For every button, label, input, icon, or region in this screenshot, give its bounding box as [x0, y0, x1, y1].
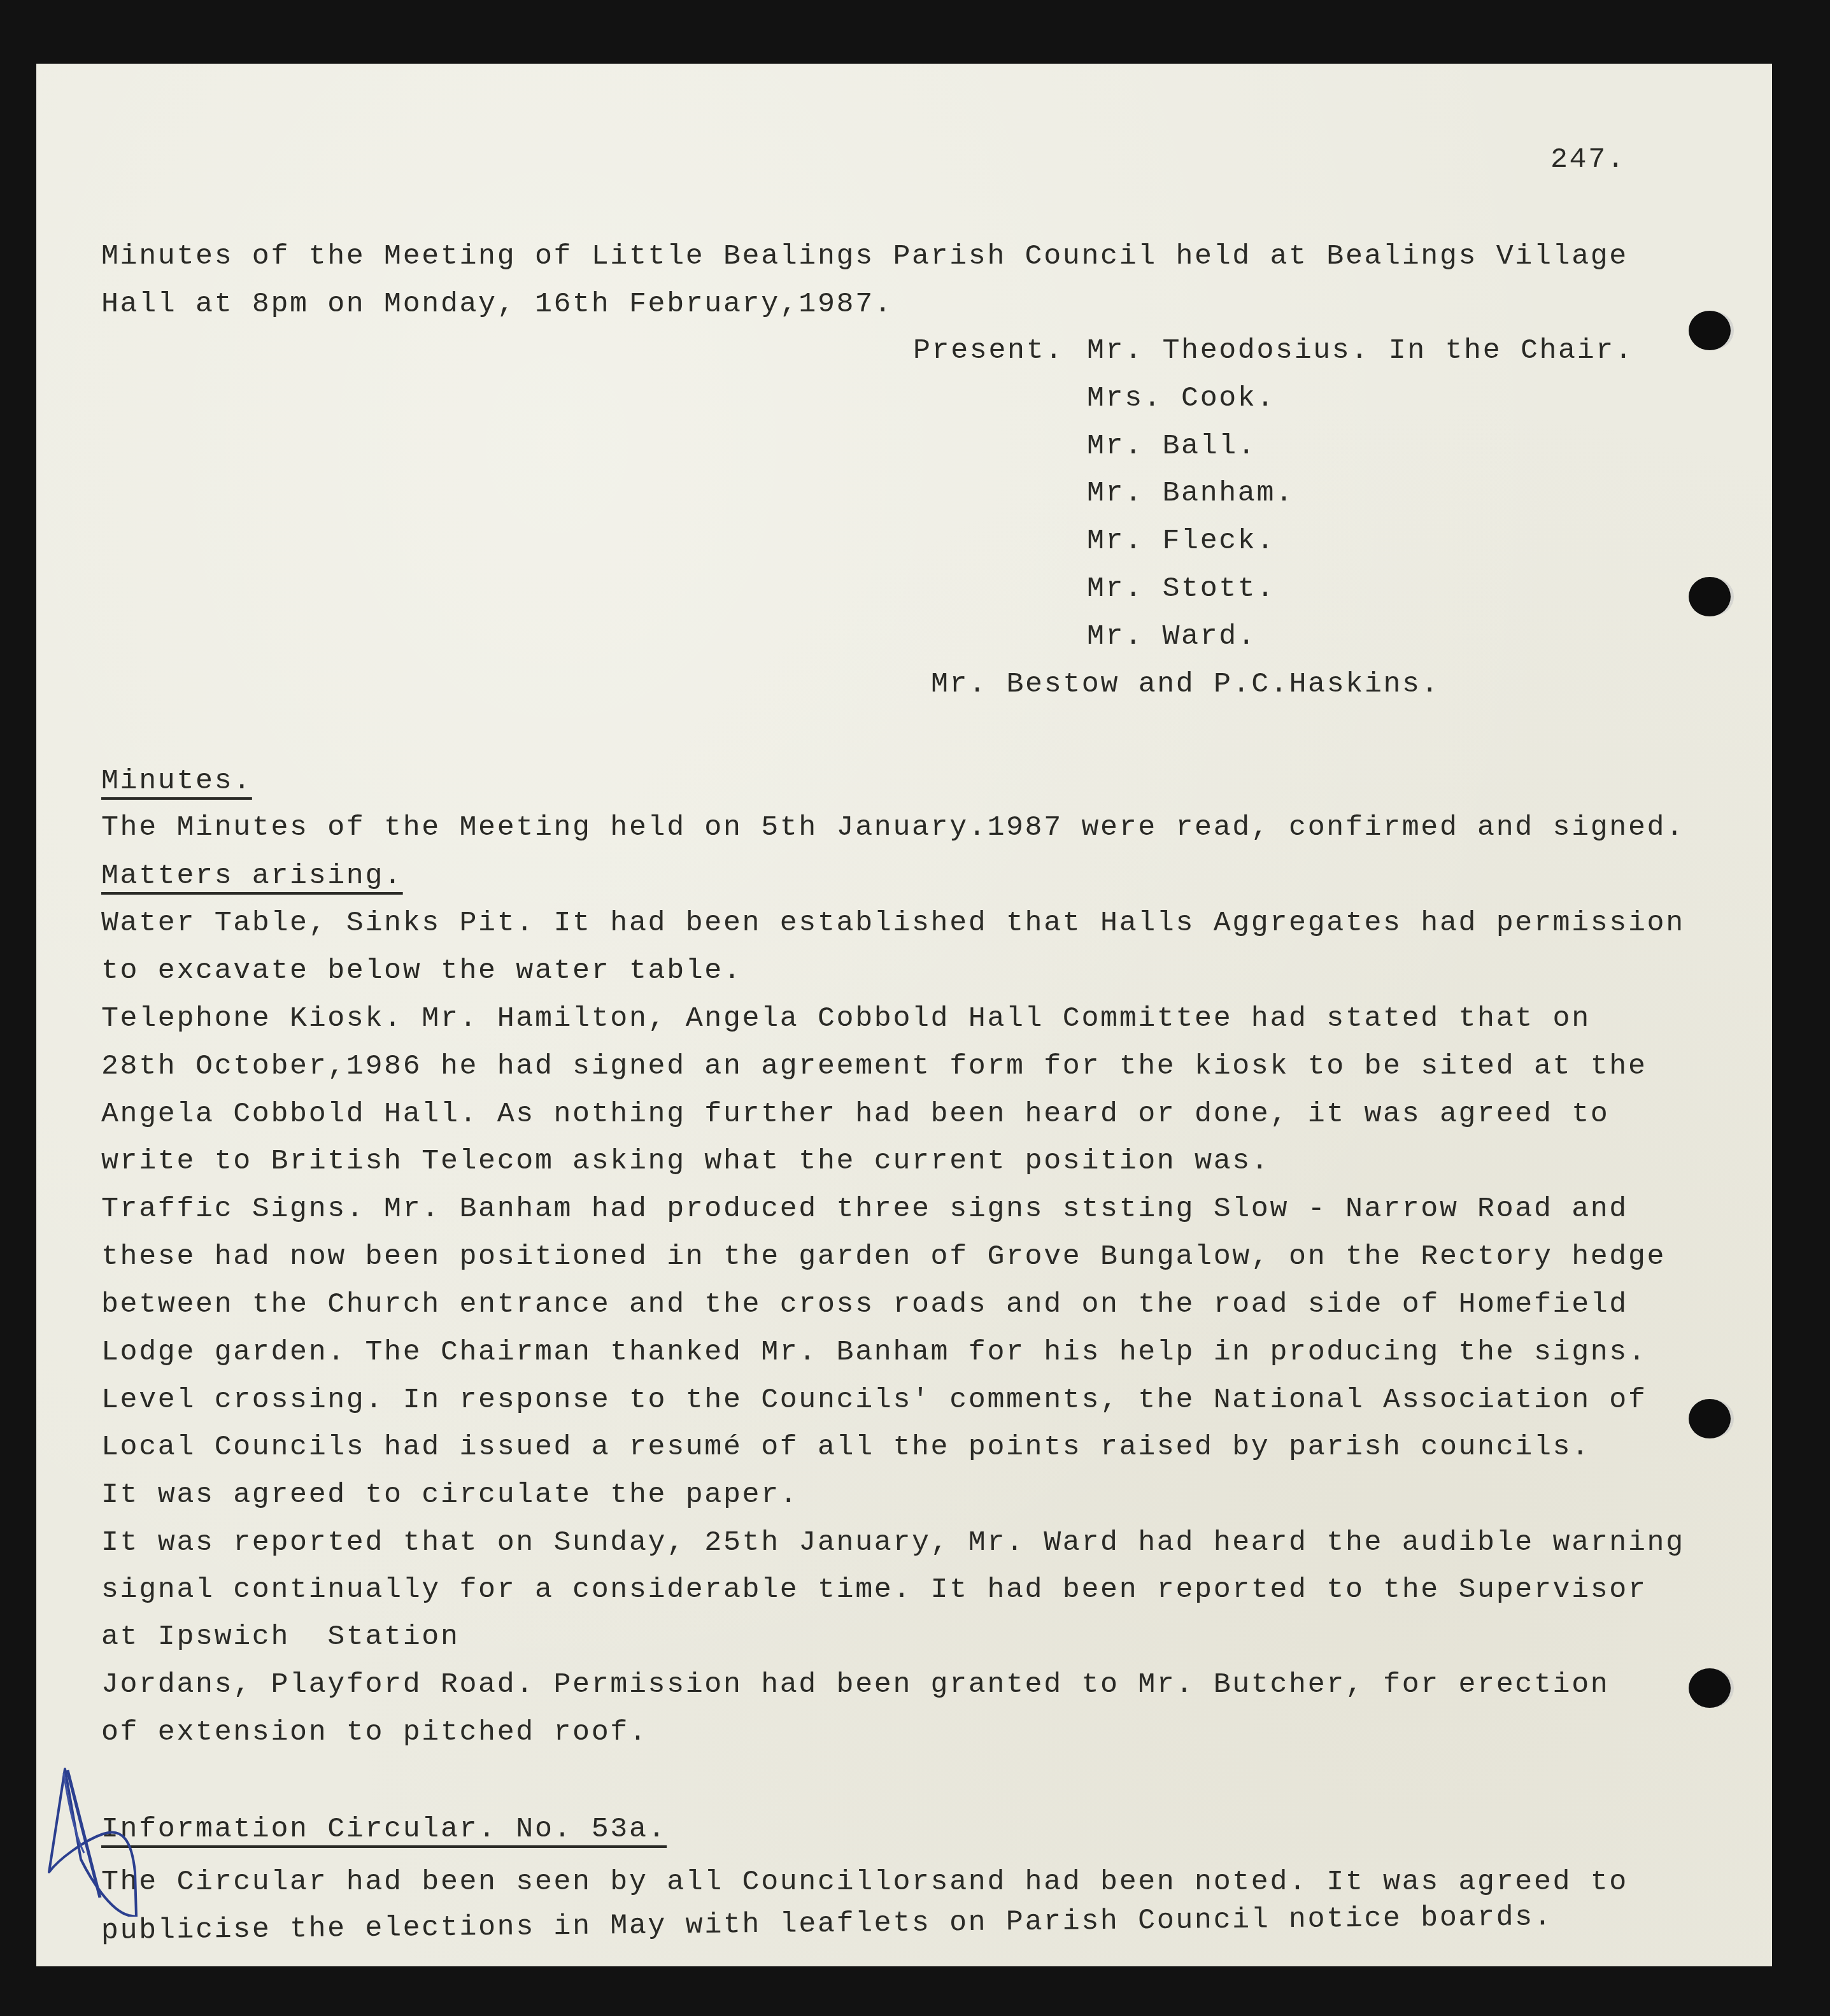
page-number: 247. [1550, 145, 1626, 174]
body-line: these had now been positioned in the gar… [101, 1242, 1666, 1271]
member-entry: Mr. Ward. [1087, 622, 1256, 651]
also-present: Mr. Bestow and P.C.Haskins. [931, 670, 1440, 699]
body-line: between the Church entrance and the cros… [101, 1290, 1628, 1319]
member-entry: Mr. Banham. [1087, 479, 1294, 508]
document-page: 247. Minutes of the Meeting of Little Be… [36, 64, 1772, 1966]
body-line: Lodge garden. The Chairman thanked Mr. B… [101, 1338, 1647, 1366]
body-line: Telephone Kiosk. Mr. Hamilton, Angela Co… [101, 1004, 1591, 1033]
body-line: of extension to pitched roof. [101, 1718, 648, 1747]
body-line: The Circular had been seen by all Counci… [101, 1868, 1628, 1896]
member-entry: Mr. Ball. [1087, 432, 1256, 460]
body-line: Traffic Signs. Mr. Banham had produced t… [101, 1195, 1628, 1223]
body-line: publicise the elections in May with leaf… [101, 1903, 1553, 1945]
punch-hole [1689, 577, 1731, 616]
heading-line-1: Minutes of the Meeting of Little Bealing… [101, 242, 1628, 271]
member-entry: Mr. Stott. [1087, 574, 1275, 603]
body-line: It was agreed to circulate the paper. [101, 1480, 798, 1509]
body-line: Water Table, Sinks Pit. It had been esta… [101, 909, 1685, 937]
present-label: Present. [913, 336, 1064, 365]
section-title-matters-arising: Matters arising. [101, 862, 403, 890]
chair-entry: Mr. Theodosius. In the Chair. [1087, 336, 1634, 365]
section-title-information-circular: Information Circular. No. 53a. [101, 1815, 667, 1843]
body-line: to excavate below the water table. [101, 956, 742, 985]
body-line: signal continually for a considerable ti… [101, 1575, 1647, 1604]
body-line: Level crossing. In response to the Counc… [101, 1386, 1647, 1414]
minutes-body: The Minutes of the Meeting held on 5th J… [101, 813, 1685, 842]
body-line: 28th October,1986 he had signed an agree… [101, 1052, 1647, 1081]
punch-hole [1689, 311, 1731, 350]
punch-hole [1689, 1399, 1731, 1438]
body-line: Jordans, Playford Road. Permission had b… [101, 1670, 1609, 1699]
punch-hole [1689, 1668, 1731, 1708]
signature-initial-icon [39, 1764, 154, 1917]
body-line: at Ipswich Station [101, 1622, 459, 1651]
body-line: Local Councils had issued a resumé of al… [101, 1433, 1591, 1461]
member-entry: Mr. Fleck. [1087, 527, 1275, 555]
body-line: It was reported that on Sunday, 25th Jan… [101, 1528, 1685, 1557]
body-line: Angela Cobbold Hall. As nothing further … [101, 1100, 1609, 1128]
member-entry: Mrs. Cook. [1087, 384, 1275, 413]
heading-line-2: Hall at 8pm on Monday, 16th February,198… [101, 290, 893, 318]
section-title-minutes: Minutes. [101, 767, 252, 795]
body-line: write to British Telecom asking what the… [101, 1147, 1270, 1175]
